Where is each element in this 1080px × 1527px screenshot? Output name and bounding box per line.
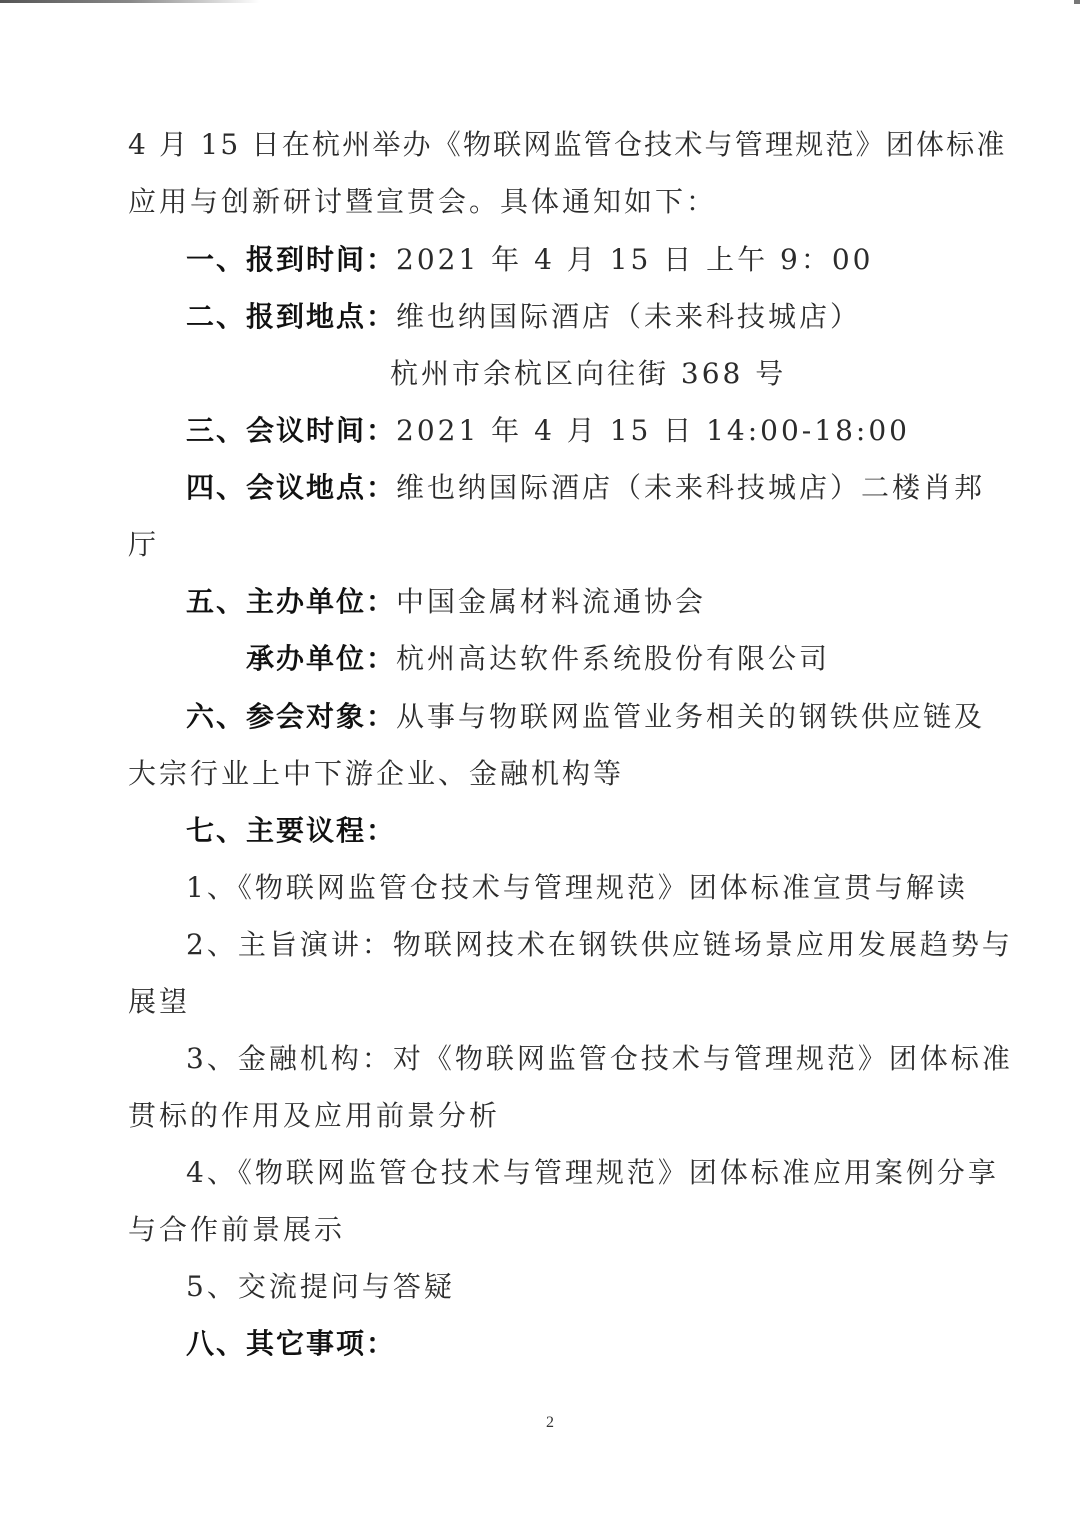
section-label: 承办单位：	[246, 642, 396, 675]
section-label: 四、会议地点：	[186, 471, 396, 504]
section-label: 六、参会对象：	[186, 700, 396, 733]
section-label: 一、报到时间：	[186, 243, 396, 276]
section-organizer: 承办单位：杭州高达软件系统股份有限公司	[246, 642, 830, 676]
section-value: 杭州高达软件系统股份有限公司	[396, 642, 830, 675]
agenda-item-3-cont: 贯标的作用及应用前景分析	[128, 1099, 500, 1133]
section-agenda-heading: 七、主要议程：	[186, 814, 396, 848]
agenda-item-5: 5、交流提问与答疑	[186, 1270, 455, 1304]
agenda-item-2-cont: 展望	[128, 985, 190, 1019]
agenda-item-3: 3、金融机构：对《物联网监管仓技术与管理规范》团体标准	[186, 1042, 1013, 1076]
section-value: 从事与物联网监管业务相关的钢铁供应链及	[396, 700, 985, 733]
section-value: 2021 年 4 月 15 日 上午 9：00	[396, 243, 873, 276]
section-meeting-time: 三、会议时间：2021 年 4 月 15 日 14:00-18:00	[186, 414, 910, 448]
section-label: 八、其它事项：	[186, 1327, 396, 1360]
section-value: 维也纳国际酒店（未来科技城店）	[396, 300, 861, 333]
intro-line-2: 应用与创新研讨暨宣贯会。具体通知如下：	[128, 185, 717, 219]
agenda-item-1: 1、《物联网监管仓技术与管理规范》团体标准宣贯与解读	[186, 871, 968, 905]
section-value: 中国金属材料流通协会	[396, 585, 706, 618]
document-page: 4 月 15 日在杭州举办《物联网监管仓技术与管理规范》团体标准 应用与创新研讨…	[0, 0, 1080, 1527]
section-participants: 六、参会对象：从事与物联网监管业务相关的钢铁供应链及	[186, 700, 985, 734]
section-value: 2021 年 4 月 15 日 14:00-18:00	[396, 414, 910, 447]
section-registration-place: 二、报到地点：维也纳国际酒店（未来科技城店）	[186, 300, 861, 334]
section-label: 二、报到地点：	[186, 300, 396, 333]
section-label: 五、主办单位：	[186, 585, 396, 618]
agenda-item-4: 4、《物联网监管仓技术与管理规范》团体标准应用案例分享	[186, 1156, 999, 1190]
section-value: 维也纳国际酒店（未来科技城店）二楼肖邦	[396, 471, 985, 504]
section-host: 五、主办单位：中国金属材料流通协会	[186, 585, 706, 619]
section-participants-cont: 大宗行业上中下游企业、金融机构等	[128, 757, 624, 791]
agenda-item-2: 2、主旨演讲：物联网技术在钢铁供应链场景应用发展趋势与	[186, 928, 1013, 962]
section-meeting-place: 四、会议地点：维也纳国际酒店（未来科技城店）二楼肖邦	[186, 471, 985, 505]
section-registration-time: 一、报到时间：2021 年 4 月 15 日 上午 9：00	[186, 243, 873, 277]
section-label: 三、会议时间：	[186, 414, 396, 447]
intro-line-1: 4 月 15 日在杭州举办《物联网监管仓技术与管理规范》团体标准	[128, 128, 1007, 162]
section-label: 七、主要议程：	[186, 814, 396, 847]
section-other-matters: 八、其它事项：	[186, 1327, 396, 1361]
section-registration-address: 杭州市余杭区向往街 368 号	[390, 357, 786, 391]
section-meeting-place-cont: 厅	[128, 528, 159, 562]
page-number: 2	[546, 1414, 554, 1432]
agenda-item-4-cont: 与合作前景展示	[128, 1213, 345, 1247]
